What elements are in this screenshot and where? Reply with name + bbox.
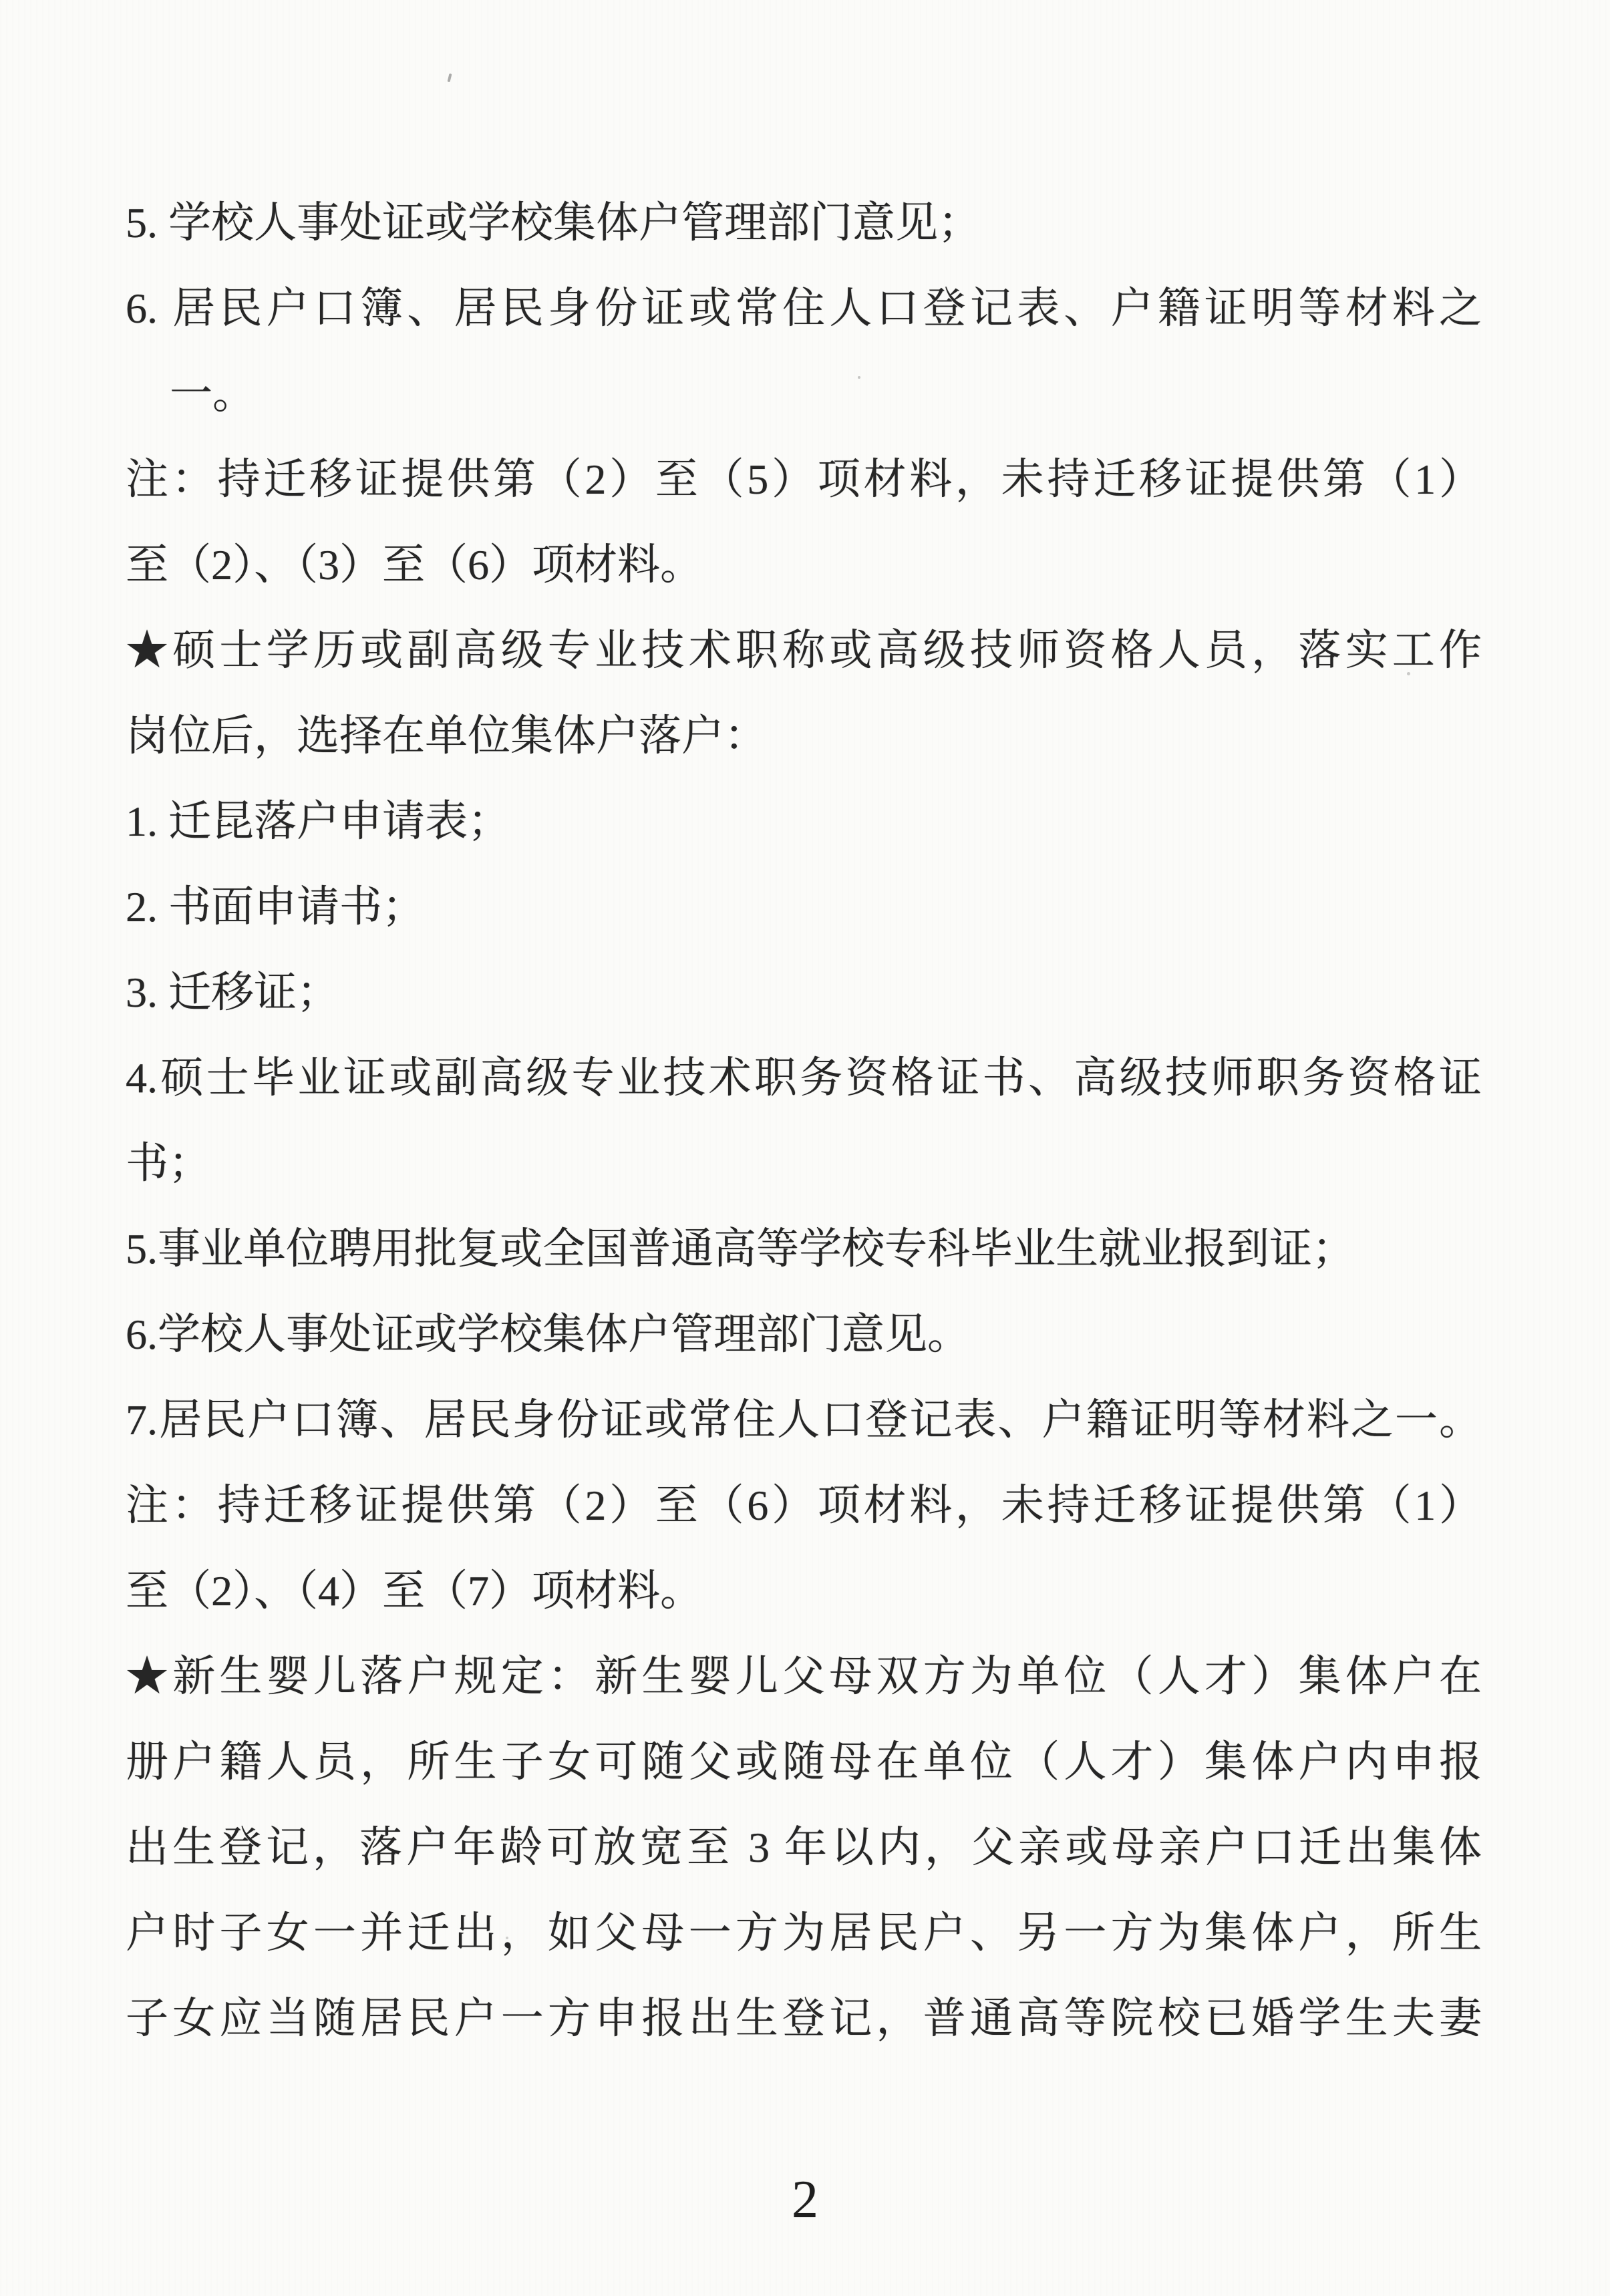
text-line: 3. 迁移证；: [126, 950, 1482, 1035]
text-line: ★新生婴儿落户规定：新生婴儿父母双方为单位（人才）集体户在: [126, 1634, 1482, 1719]
scan-speck: [447, 73, 452, 83]
text-line: 出生登记，落户年龄可放宽至 3 年以内，父亲或母亲户口迁出集体: [126, 1805, 1482, 1891]
text-line: 6.学校人事处证或学校集体户管理部门意见。: [126, 1292, 1482, 1377]
scan-speck: [858, 376, 860, 379]
text-line: ★硕士学历或副高级专业技术职称或高级技师资格人员，落实工作: [126, 608, 1482, 693]
text-line: 至（2）、（4）至（7）项材料。: [126, 1548, 1482, 1634]
text-line: 户时子女一并迁出，如父母一方为居民户、另一方为集体户，所生: [126, 1891, 1482, 1976]
text-line: 6. 居民户口簿、居民身份证或常住人口登记表、户籍证明等材料之: [126, 266, 1482, 351]
text-line: 1. 迁昆落户申请表；: [126, 779, 1482, 864]
text-line: 2. 书面申请书；: [126, 864, 1482, 950]
document-body-text: 5. 学校人事处证或学校集体户管理部门意见； 6. 居民户口簿、居民身份证或常住…: [126, 180, 1482, 2062]
text-line: 7.居民户口簿、居民身份证或常住人口登记表、户籍证明等材料之一。: [126, 1377, 1482, 1463]
scanned-document-page: 5. 学校人事处证或学校集体户管理部门意见； 6. 居民户口簿、居民身份证或常住…: [0, 0, 1610, 2296]
text-line: 子女应当随居民户一方申报出生登记，普通高等院校已婚学生夫妻: [126, 1976, 1482, 2062]
page-number: 2: [0, 2163, 1610, 2237]
text-line: 册户籍人员，所生子女可随父或随母在单位（人才）集体户内申报: [126, 1719, 1482, 1805]
text-line: 5. 学校人事处证或学校集体户管理部门意见；: [126, 180, 1482, 266]
text-line: 一。: [126, 351, 1482, 437]
text-line: 注：持迁移证提供第（2）至（6）项材料，未持迁移证提供第（1）: [126, 1463, 1482, 1548]
scan-speck: [1407, 672, 1410, 675]
text-line: 5.事业单位聘用批复或全国普通高等学校专科毕业生就业报到证；: [126, 1206, 1482, 1292]
text-line: 书；: [126, 1121, 1482, 1206]
text-line: 至（2）、（3）至（6）项材料。: [126, 522, 1482, 608]
scan-speck: [506, 1937, 508, 1939]
text-line: 注：持迁移证提供第（2）至（5）项材料，未持迁移证提供第（1）: [126, 437, 1482, 522]
text-line: 岗位后，选择在单位集体户落户：: [126, 693, 1482, 779]
text-line: 4.硕士毕业证或副高级专业技术职务资格证书、高级技师职务资格证: [126, 1035, 1482, 1121]
